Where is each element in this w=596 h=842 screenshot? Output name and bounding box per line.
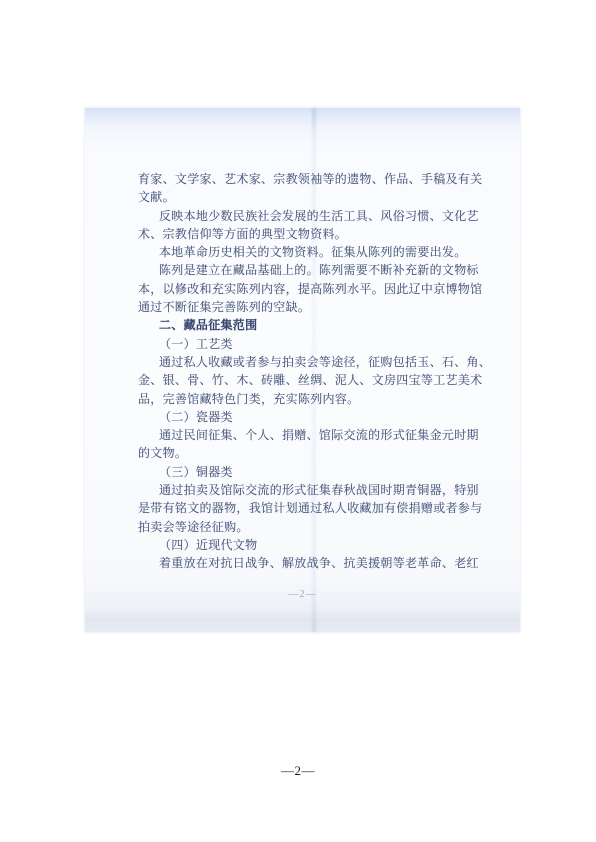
text-line: 本，以修改和充实陈列内容，提高陈列水平。因此辽中京博物馆 — [138, 280, 474, 298]
text-line: 金、银、骨、竹、木、砖雕、丝绸、泥人、文房四宝等工艺美术 — [138, 371, 474, 389]
text-line: 通过民间征集、个人、捐赠、馆际交流的形式征集金元时期 — [138, 426, 474, 444]
text-line: 本地革命历史相关的文物资料。征集从陈列的需要出发。 — [138, 243, 474, 261]
scanned-sheet: 育家、文学家、艺术家、宗教领袖等的遗物、作品、手稿及有关文献。反映本地少数民族社… — [85, 108, 520, 632]
text-line: 文献。 — [138, 188, 474, 206]
document-page: 育家、文学家、艺术家、宗教领袖等的遗物、作品、手稿及有关文献。反映本地少数民族社… — [0, 0, 596, 842]
text-line: （三）铜器类 — [138, 463, 474, 481]
text-line: 着重放在对抗日战争、解放战争、抗美援朝等老革命、老红 — [138, 554, 474, 572]
text-line: 通过不断征集完善陈列的空缺。 — [138, 298, 474, 316]
text-line: （一）工艺类 — [138, 335, 474, 353]
scan-text-block: 育家、文学家、艺术家、宗教领袖等的遗物、作品、手稿及有关文献。反映本地少数民族社… — [138, 170, 474, 573]
text-line: 反映本地少数民族社会发展的生活工具、风俗习惯、文化艺 — [138, 207, 474, 225]
section-heading: 二、藏品征集范围 — [138, 316, 474, 334]
text-line: 的文物。 — [138, 444, 474, 462]
page-number: —2— — [0, 763, 596, 779]
text-line: 育家、文学家、艺术家、宗教领袖等的遗物、作品、手稿及有关 — [138, 170, 474, 188]
text-line: 通过私人收藏或者参与拍卖会等途径，征购包括玉、石、角、 — [138, 353, 474, 371]
text-line: 拍卖会等途径征购。 — [138, 518, 474, 536]
text-line: 品，完善馆藏特色门类，充实陈列内容。 — [138, 390, 474, 408]
text-line: 陈列是建立在藏品基础上的。陈列需要不断补充新的文物标 — [138, 261, 474, 279]
text-line: 通过拍卖及馆际交流的形式征集春秋战国时期青铜器，特别 — [138, 481, 474, 499]
scan-page-number: —2— — [85, 589, 520, 600]
text-line: （二）瓷器类 — [138, 408, 474, 426]
text-line: 是带有铭文的器物，我馆计划通过私人收藏加有偿捐赠或者参与 — [138, 499, 474, 517]
text-line: 术、宗教信仰等方面的典型文物资料。 — [138, 225, 474, 243]
text-line: （四）近现代文物 — [138, 536, 474, 554]
